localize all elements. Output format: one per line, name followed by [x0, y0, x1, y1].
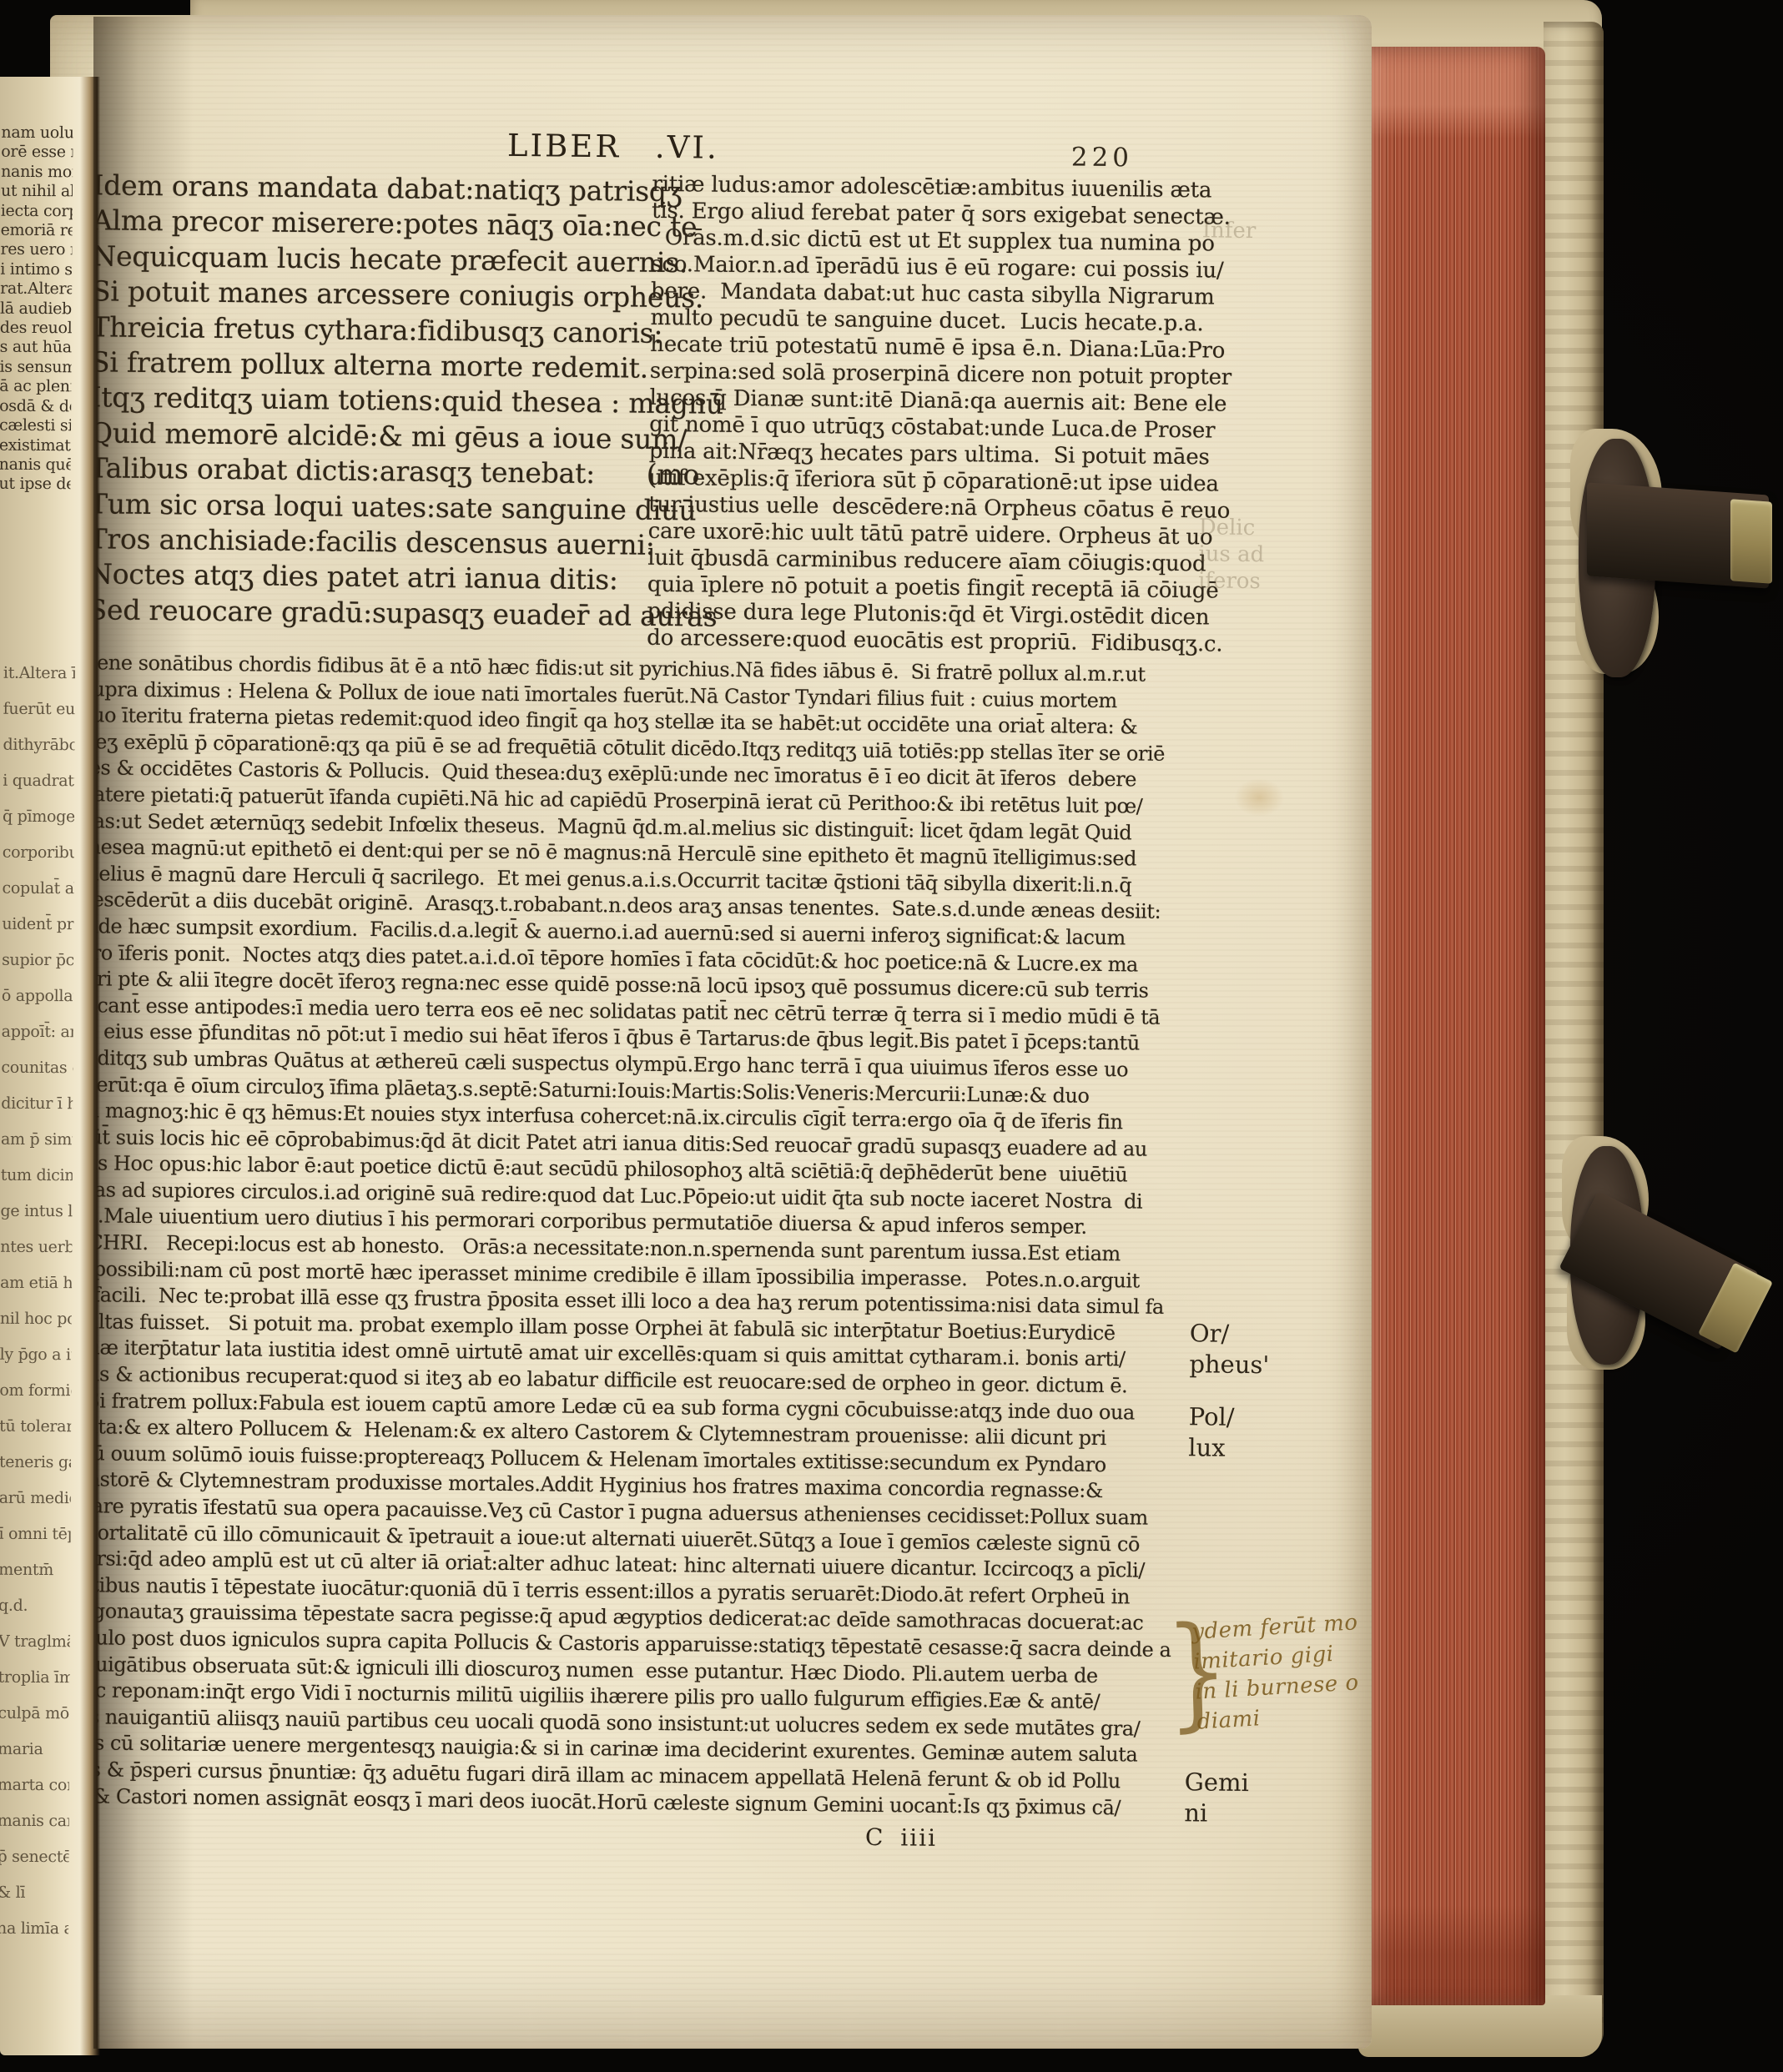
facing-page-fragment: culpā mōk — [0, 1696, 70, 1732]
facing-page-fragment: q.d. — [0, 1588, 70, 1624]
signature-mark: C iiii — [865, 1823, 938, 1852]
commentary-text-column: ritiæ ludus:amor adolescētiæ:ambitus iuu… — [647, 171, 1219, 658]
facing-page-fragment: fuerūt eun — [3, 692, 75, 727]
facing-page-fragment: manis carbigi ferēt — [0, 1803, 69, 1839]
facing-page-fragment: tum dicimus su — [1, 1158, 73, 1194]
facing-page-fragment: s aut hūanis illum — [0, 338, 72, 358]
handwritten-marginal-annotation: ydem ferūt moimitario gigiin li burnese … — [1191, 1602, 1448, 1737]
facing-page-fragment: V traglmā — [0, 1624, 70, 1660]
book-page: LIBER .VI. 220 Idem orans mandata dabat:… — [50, 15, 1372, 2049]
facing-page-fragment: tū tolerare q̄nt — [0, 1409, 71, 1445]
margin-note-line: ni — [1184, 1798, 1326, 1830]
margin-ghost-line: Infer — [1202, 217, 1344, 245]
facing-page-text-fragments-upper: nam uoluptatis:orē esse nixū atonanis mo… — [0, 123, 73, 495]
facing-page-fragment: mentm̄ — [0, 1552, 70, 1588]
gutter-shadow — [93, 17, 194, 2049]
facing-page-fragment: teneris gaudia — [0, 1445, 71, 1481]
facing-page-text-fragments-lower: it.Altera ī mōfuerūt eundithyrābosi quad… — [0, 656, 75, 1947]
facing-page-fragment: is sensum p̄funda — [0, 358, 72, 378]
margin-note-line: pheus' — [1189, 1349, 1331, 1381]
facing-page-fragment: i intimo sensu cō — [0, 260, 72, 280]
facing-page-fragment: om formidant — [0, 1373, 72, 1409]
facing-page-fragment: p̄ senectēr — [0, 1839, 69, 1875]
facing-page-fragment: res uero musice — [0, 240, 72, 260]
margin-note-pollux: Pol/lux — [1188, 1401, 1331, 1465]
book-clasp-upper — [1567, 424, 1783, 699]
facing-page-fragment: corporibus — [3, 835, 74, 871]
folio-page-number: 220 — [1071, 143, 1134, 174]
facing-page-fragment: emoriā rediēs ei — [1, 221, 73, 241]
margin-note-orpheus: Or/pheus' — [1189, 1318, 1332, 1381]
facing-page-fragment: dithyrābos — [3, 727, 74, 763]
facing-page-fragment: lā audiebat : nunc — [0, 299, 72, 319]
facing-page-fragment: osdā & delphicos se — [0, 396, 71, 416]
facing-page-fragment: i quadratū — [3, 763, 74, 799]
gloss-text-block: Bene sonātibus chordis fidibus āt ē a nt… — [69, 650, 1201, 1822]
running-title: LIBER .VI. — [507, 128, 858, 168]
commentary-line: do arcessere:quod euocātis est propriū. … — [647, 625, 1214, 658]
photograph-of-open-book: LIBER .VI. 220 Idem orans mandata dabat:… — [0, 0, 1783, 2072]
facing-page-fragment: ut ipse deinde — [0, 475, 71, 495]
facing-page-fragment: ī omni tēpore — [0, 1516, 71, 1552]
printed-page-content: LIBER .VI. 220 Idem orans mandata dabat:… — [28, 14, 1373, 2063]
margin-ghost-line: iferos — [1198, 567, 1340, 596]
facing-page-fragment: am etiā hoc ge — [0, 1265, 72, 1301]
facing-page-fragment: nil hoc potest — [0, 1301, 72, 1337]
facing-page-fragment: nanis morbis na — [1, 163, 73, 183]
margin-note-gemini: Gemini — [1184, 1767, 1327, 1830]
facing-page-fragment: ā ac plenissima ca — [0, 377, 71, 397]
margin-ghost-line: ius ad — [1198, 541, 1340, 569]
facing-page-fragment: & lī — [0, 1875, 68, 1911]
facing-page-fragment: des reuolare cōtēd — [0, 319, 72, 339]
margin-ghost-line: Delic — [1199, 514, 1341, 542]
facing-page-fragment: ō appollataros — [2, 978, 73, 1014]
facing-page-fragment: ge intus latebris — [0, 1194, 72, 1230]
clasp-brass-tip — [1730, 499, 1772, 583]
facing-page-fragment: q̄ pīmogeniti — [3, 799, 74, 835]
facing-page-fragment: rat.Altera ī cælo — [0, 279, 72, 299]
margin-note-line: Gemi — [1185, 1767, 1327, 1799]
facing-page-fragment: iecta corporea se — [1, 201, 73, 221]
facing-page-fragment: ly p̄go a itos — [0, 1337, 72, 1373]
facing-page-fore-edge: nam uoluptatis:orē esse nixū atonanis mo… — [0, 77, 100, 2055]
facing-page-fragment: ntes uerbera de — [0, 1230, 72, 1265]
margin-note-showthrough-mid: Delicius adiferos — [1198, 514, 1341, 596]
facing-page-fragment: counitas eē quod — [1, 1050, 73, 1086]
facing-page-fragment: it.Altera ī mō — [3, 656, 75, 692]
facing-page-fragment: troplia īmor — [0, 1660, 70, 1696]
facing-page-fragment: ut nihil altū susp — [1, 182, 73, 202]
facing-page-fragment: existimat.Qui āt sin — [0, 435, 71, 455]
facing-page-fragment: nam uoluptatis: — [1, 123, 73, 143]
facing-page-fragment: marta comūi mea — [0, 1768, 69, 1803]
book-clasp-lower — [1557, 1128, 1775, 1428]
margin-note-showthrough-top: Infer — [1202, 217, 1344, 245]
facing-page-fragment: arū medicari — [0, 1481, 71, 1516]
margin-note-line: Or/ — [1190, 1318, 1332, 1350]
facing-page-fragment: na limīa adl — [0, 1911, 68, 1947]
parchment-cover-right-edge — [1544, 22, 1604, 2054]
facing-page-fragment: orē esse nixū ato — [1, 143, 73, 163]
margin-note-line: Pol/ — [1189, 1401, 1331, 1434]
facing-page-fragment: uident̄ produci — [2, 907, 73, 943]
facing-page-fragment: cælesti simillimū m — [0, 416, 71, 436]
facing-page-fragment: maria — [0, 1732, 69, 1768]
margin-note-line: lux — [1188, 1432, 1330, 1465]
facing-page-fragment: supior p̄cedat — [2, 943, 73, 978]
facing-page-fragment: nanis quē ipse ac ei — [0, 455, 71, 475]
facing-page-fragment: copulat̄ aīam — [2, 871, 73, 907]
facing-page-fragment: am p̄ simulacris — [1, 1122, 73, 1158]
facing-page-fragment: dicitur ī hoīes — [1, 1086, 73, 1122]
facing-page-fragment: appoīt̄: amori — [2, 1014, 73, 1050]
paper-stain — [1234, 778, 1285, 817]
